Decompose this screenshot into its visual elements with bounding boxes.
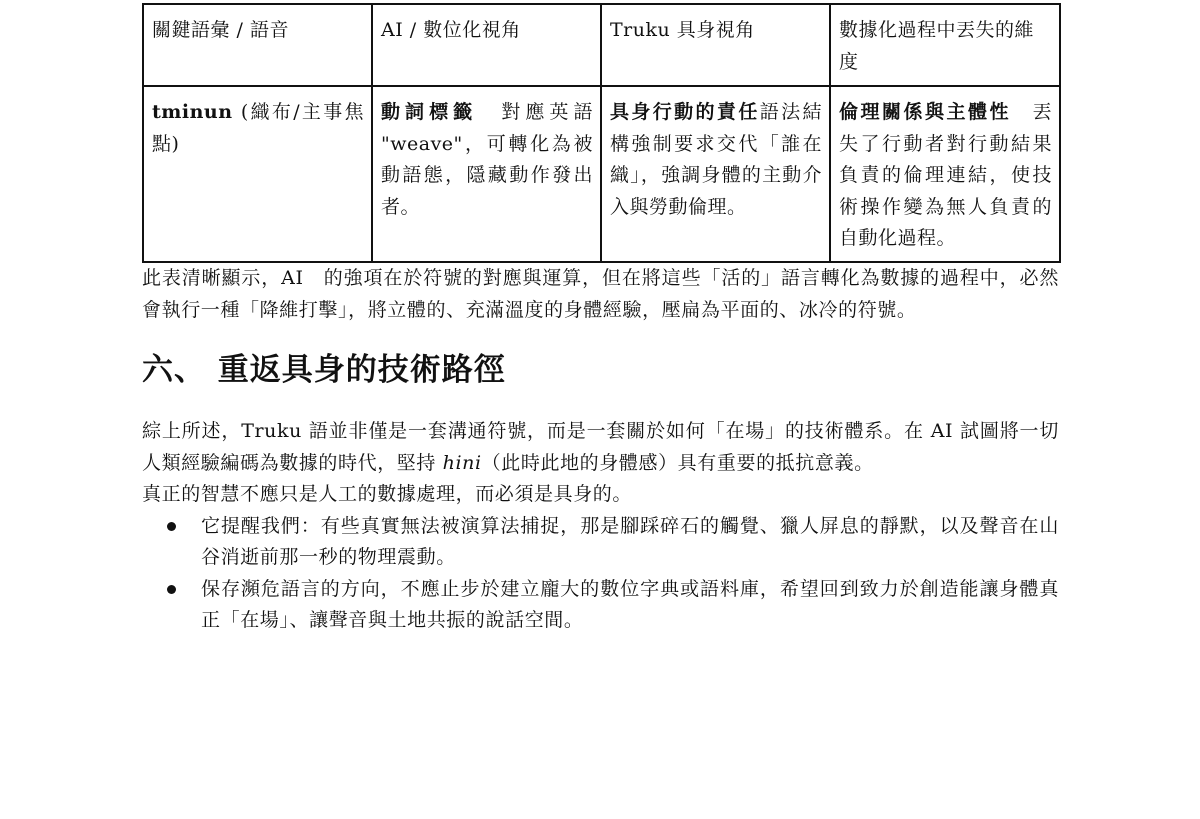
lost-rest: 丟失了行動者對行動結果負責的倫理連結，使技術操作變為無人負責的自動化過程。 xyxy=(839,101,1052,249)
section-heading: 六、 重返具身的技術路徑 xyxy=(142,348,1059,392)
header-ai-view: AI / 數位化視角 xyxy=(372,4,601,86)
intro-italic-term: hini xyxy=(443,452,482,474)
bullet-icon xyxy=(167,585,176,594)
list-item: 它提醒我們：有些真實無法被演算法捕捉，那是腳踩碎石的觸覺、獵人屏息的靜默，以及聲… xyxy=(142,511,1059,574)
ai-bold: 動詞標籤 xyxy=(381,101,477,123)
document-page: 關鍵語彙 / 語音 AI / 數位化視角 Truku 具身視角 數據化過程中丟失… xyxy=(142,3,1059,637)
summary-paragraph: 此表清晰顯示，AI 的強項在於符號的對應與運算，但在將這些「活的」語言轉化為數據… xyxy=(142,263,1059,326)
cell-lost-dimension: 倫理關係與主體性 丟失了行動者對行動結果負責的倫理連結，使技術操作變為無人負責的… xyxy=(830,86,1060,262)
list-item: 保存瀕危語言的方向，不應止步於建立龐大的數位字典或語料庫，希望回到致力於創造能讓… xyxy=(142,574,1059,637)
intro-text-b: （此時此地的身體感）具有重要的抵抗意義。 xyxy=(482,452,874,474)
section-line-2: 真正的智慧不應只是人工的數據處理，而必須是具身的。 xyxy=(142,479,1059,511)
truku-bold: 具身行動的責任 xyxy=(610,101,760,123)
header-lost-dimension: 數據化過程中丟失的維度 xyxy=(830,4,1060,86)
bullet-list: 它提醒我們：有些真實無法被演算法捕捉，那是腳踩碎石的觸覺、獵人屏息的靜默，以及聲… xyxy=(142,511,1059,637)
list-item-text: 它提醒我們：有些真實無法被演算法捕捉，那是腳踩碎石的觸覺、獵人屏息的靜默，以及聲… xyxy=(201,515,1059,569)
header-keyword: 關鍵語彙 / 語音 xyxy=(143,4,372,86)
cell-keyword: tminun (織布/主事焦點) xyxy=(143,86,372,262)
term-bold: tminun xyxy=(152,101,233,123)
table-header-row: 關鍵語彙 / 語音 AI / 數位化視角 Truku 具身視角 數據化過程中丟失… xyxy=(143,4,1060,86)
comparison-table: 關鍵語彙 / 語音 AI / 數位化視角 Truku 具身視角 數據化過程中丟失… xyxy=(142,3,1061,263)
header-truku-view: Truku 具身視角 xyxy=(601,4,830,86)
list-item-text: 保存瀕危語言的方向，不應止步於建立龐大的數位字典或語料庫，希望回到致力於創造能讓… xyxy=(201,578,1059,632)
lost-bold: 倫理關係與主體性 xyxy=(839,101,1011,123)
table-row: tminun (織布/主事焦點) 動詞標籤 對應英語 "weave"，可轉化為被… xyxy=(143,86,1060,262)
section-intro: 綜上所述，Truku 語並非僅是一套溝通符號，而是一套關於如何「在場」的技術體系… xyxy=(142,416,1059,479)
bullet-icon xyxy=(167,522,176,531)
cell-ai-view: 動詞標籤 對應英語 "weave"，可轉化為被動語態，隱藏動作發出者。 xyxy=(372,86,601,262)
cell-truku-view: 具身行動的責任語法結構強制要求交代「誰在織」，強調身體的主動介入與勞動倫理。 xyxy=(601,86,830,262)
